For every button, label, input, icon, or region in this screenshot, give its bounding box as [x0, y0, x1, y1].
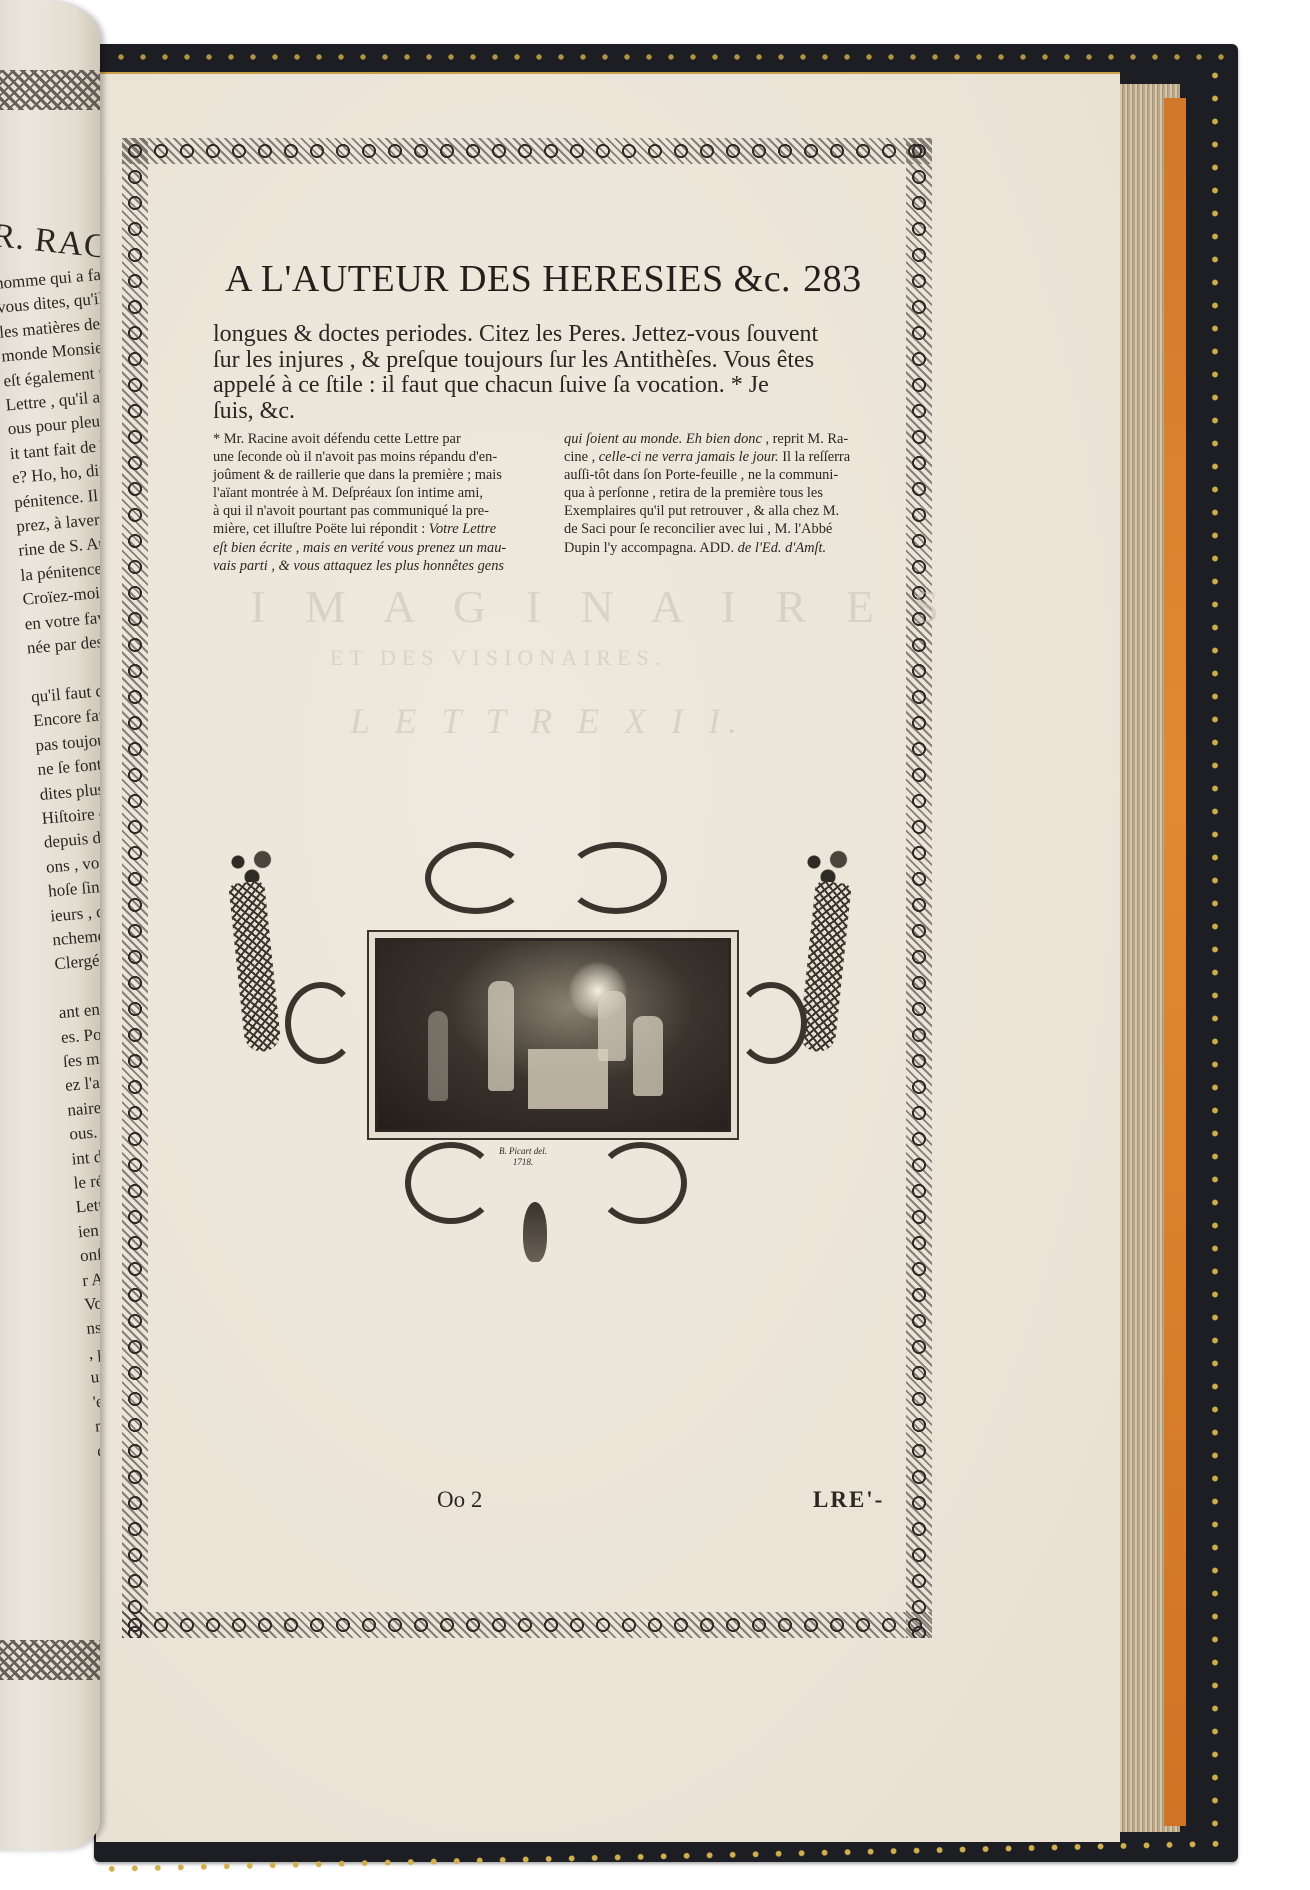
table-icon	[528, 1049, 608, 1109]
footnote-italic: Eh bien donc	[682, 431, 762, 447]
border-left	[122, 138, 148, 1638]
footnote-italic: qui ſoient au monde.	[564, 431, 682, 447]
footnote-text: Il la reſſerra	[779, 449, 851, 465]
left-ornament-top	[0, 70, 100, 110]
footnote-text: cine ,	[564, 449, 599, 465]
footnote-italic: Votre Lettre	[429, 521, 496, 537]
footnote-line: de Saci pour ſe reconcilier avec lui , M…	[564, 520, 904, 538]
footnote-text: , reprit M. Ra-	[762, 431, 848, 447]
catchword: LRE'-	[813, 1487, 884, 1513]
left-facing-page: R. RACINE homme qui a faitvous dites, qu…	[0, 0, 100, 1850]
footnote-line: qua à perſonne , retira de la première t…	[564, 484, 904, 502]
footnote-left-column: * Mr. Racine avoit défendu cette Lettre …	[213, 430, 553, 575]
body-line: appelé à ce ſtile : il faut que chacun ſ…	[213, 373, 905, 399]
body-text: longues & doctes periodes. Citez les Per…	[213, 322, 905, 424]
engraver-name: B. Picart del.	[493, 1146, 553, 1157]
border-top	[122, 138, 932, 164]
gilt-tooling-right	[1212, 64, 1218, 1834]
cornucopia-left-icon	[228, 881, 282, 1054]
scroll-ornament-icon	[405, 1142, 497, 1224]
footnote-line: * Mr. Racine avoit défendu cette Lettre …	[213, 430, 553, 448]
gilt-tooling-top	[110, 54, 1232, 60]
show-through-title: I M A G I N A I R E S	[250, 580, 953, 633]
servant-figure-icon	[428, 1011, 448, 1101]
footnote-line: Exemplaires qu'il put retrouver , & alla…	[564, 502, 904, 520]
engraving-year: 1718.	[493, 1157, 553, 1168]
left-ornament-bottom	[0, 1640, 100, 1680]
orange-flyleaf	[1164, 98, 1186, 1826]
scroll-ornament-icon	[285, 982, 357, 1064]
scroll-ornament-icon	[735, 982, 807, 1064]
footnote-line: une ſeconde où il n'avoit pas moins répa…	[213, 448, 553, 466]
show-through-subtitle: ET DES VISIONAIRES.	[330, 645, 666, 671]
body-line: ſuis, &c.	[213, 399, 905, 425]
footnote-right-column: qui ſoient au monde. Eh bien donc , repr…	[564, 430, 904, 557]
footnote-line: Dupin l'y accompagna. ADD. de l'Ed. d'Am…	[564, 539, 904, 557]
seated-figure-icon	[598, 991, 626, 1061]
footnote-line: qui ſoient au monde. Eh bien donc , repr…	[564, 430, 904, 448]
scroll-ornament-icon	[595, 1142, 687, 1224]
engraved-vignette: B. Picart del. 1718.	[225, 842, 855, 1282]
standing-figure-icon	[488, 981, 514, 1091]
footnote-line: cine , celle-ci ne verra jamais le jour.…	[564, 448, 904, 466]
footnote-italic: de l'Ed. d'Amſt.	[738, 540, 827, 556]
engraver-signature: B. Picart del. 1718.	[493, 1146, 553, 1168]
border-right	[906, 138, 932, 1638]
signature-mark: Oo 2	[437, 1487, 482, 1513]
scroll-ornament-icon	[425, 842, 527, 914]
footnote-line: joûment & de raillerie que dans la premi…	[213, 466, 553, 484]
footnote-text: mière, cet illuſtre Poëte lui répondit :	[213, 521, 429, 537]
footnote-line: eſt bien écrite , mais en verité vous pr…	[213, 539, 553, 557]
footnote-line: vais parti , & vous attaquez les plus ho…	[213, 557, 553, 575]
tassel-ornament-icon	[523, 1202, 547, 1262]
border-bottom	[122, 1612, 932, 1638]
engraving-scene	[375, 938, 731, 1132]
footnote-line: auſſi-tôt dans ſon Porte-feuille , ne la…	[564, 466, 904, 484]
body-line: ſur les injures , & preſque toujours ſur…	[213, 348, 905, 374]
seated-figure-icon	[633, 1016, 663, 1096]
scroll-ornament-icon	[565, 842, 667, 914]
show-through-letter: L E T T R E X I I.	[350, 700, 745, 742]
body-line: longues & doctes periodes. Citez les Per…	[213, 322, 905, 348]
footnote-text: Dupin l'y accompagna. ADD.	[564, 540, 738, 556]
running-head-title: A L'AUTEUR DES HERESIES &c.	[225, 258, 791, 300]
running-head: A L'AUTEUR DES HERESIES &c.283	[225, 257, 915, 301]
footnote-line: à qui il n'avoit pourtant pas communiqué…	[213, 502, 553, 520]
footnote-line: l'aïant montrée à M. Deſpréaux ſon intim…	[213, 484, 553, 502]
footnote-italic: celle-ci ne verra jamais le jour.	[599, 449, 779, 465]
left-page-text: homme qui a faitvous dites, qu'il ales m…	[0, 260, 100, 1536]
page-number: 283	[803, 258, 862, 300]
footnote-line: mière, cet illuſtre Poëte lui répondit :…	[213, 520, 553, 538]
